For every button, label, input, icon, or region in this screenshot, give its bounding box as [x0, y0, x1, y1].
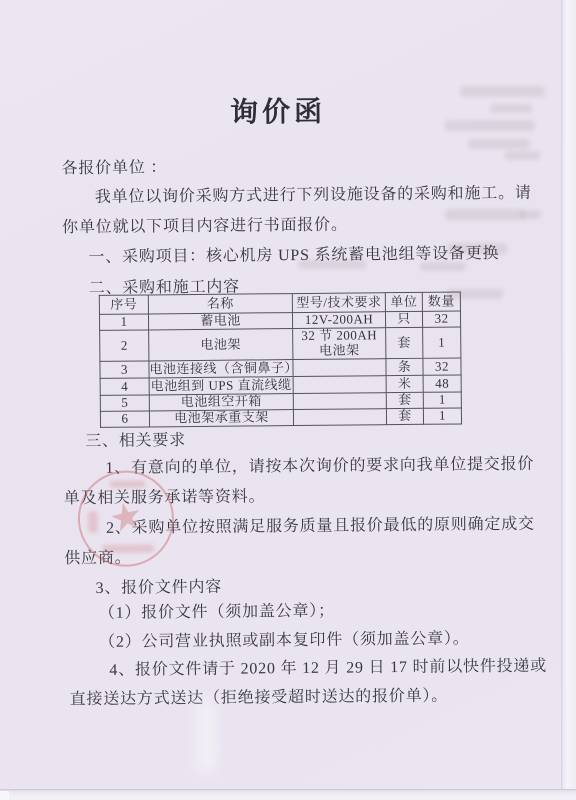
text-line-13: 4、报价文件请于 2020 年 12 月 29 日 17 时前以快件投递或 — [109, 657, 547, 680]
paper: 询价函 各报价单位 ：我单位以询价采购方式进行下列设施设备的采购和施工。请你单位… — [0, 0, 562, 790]
table-cell: 4 — [100, 378, 149, 395]
stamp-smudge — [102, 544, 154, 552]
star-icon: ★ — [105, 492, 148, 542]
table-header-cell: 型号/技术要求 — [292, 293, 385, 313]
table-cell — [293, 409, 386, 426]
paper-crease — [198, 700, 214, 772]
table-cell: 32 — [423, 358, 461, 375]
text-line-0: 各报价单位 ： — [61, 158, 167, 178]
table-cell: 32 — [422, 311, 460, 327]
table-cell: 电池架承重支架 — [149, 410, 293, 427]
stamp-smudge — [88, 511, 98, 533]
table-header-cell: 单位 — [385, 292, 422, 311]
items-table: 序号名称型号/技术要求单位数量 1蓄电池12V-200AH只322电池架32 节… — [99, 291, 462, 427]
official-stamp: ★ — [77, 470, 174, 567]
scanned-page: 询价函 各报价单位 ：我单位以询价采购方式进行下列设施设备的采购和施工。请你单位… — [0, 0, 576, 800]
table-cell: 电池组空开箱 — [149, 394, 293, 411]
table-cell: 2 — [100, 330, 149, 361]
table-row: 6电池架承重支架套1 — [100, 408, 461, 427]
table-header-cell: 名称 — [148, 294, 292, 314]
table-row: 2电池架32 节 200AH 电池架套1 — [100, 327, 461, 361]
table-cell: 套 — [386, 327, 423, 358]
text-line-6: 1、有意向的单位，请按本次询价的要求向我单位提交报价 — [105, 455, 534, 478]
text-line-10: 3、报价文件内容 — [96, 578, 223, 598]
table-cell: 蓄电池 — [148, 313, 292, 330]
table-cell: 1 — [423, 392, 461, 408]
table-cell: 1 — [423, 408, 461, 424]
table-cell: 套 — [386, 408, 423, 424]
table-cell: 5 — [100, 395, 149, 411]
table-header-cell: 数量 — [422, 292, 460, 311]
table-cell: 电池组到 UPS 直流线缆 — [149, 377, 293, 395]
table-cell: 电池连接线（含铜鼻子） — [149, 360, 293, 378]
table-cell: 1 — [99, 314, 148, 330]
table-cell — [293, 376, 386, 394]
table-cell — [293, 393, 386, 410]
table-cell: 米 — [386, 375, 423, 392]
table-cell — [293, 359, 386, 377]
scan-edge-right — [561, 0, 576, 800]
body-text: 各报价单位 ：我单位以询价采购方式进行下列设施设备的采购和施工。请你单位就以下项… — [0, 0, 558, 3]
text-line-1: 我单位以询价采购方式进行下列设施设备的采购和施工。请 — [95, 184, 532, 207]
table-cell: 1 — [423, 327, 461, 358]
text-line-11: （1）报价文件（须加盖公章）； — [99, 602, 335, 623]
table-header-cell: 序号 — [99, 295, 148, 314]
text-line-2: 你单位就以下项目内容进行书面报价。 — [62, 216, 348, 238]
document-content: 询价函 各报价单位 ：我单位以询价采购方式进行下列设施设备的采购和施工。请你单位… — [0, 0, 566, 793]
table-cell: 条 — [386, 358, 423, 375]
text-line-14: 直接送达方式送达（拒绝接受超时送达的报价单）。 — [70, 687, 449, 710]
table-cell: 12V-200AH — [292, 312, 385, 329]
text-line-5: 三、相关要求 — [85, 431, 186, 451]
table-cell: 32 节 200AH 电池架 — [293, 328, 386, 360]
document-title: 询价函 — [0, 88, 559, 133]
table-cell: 6 — [100, 411, 149, 427]
scan-corner-notch — [0, 791, 9, 800]
table-cell: 3 — [100, 361, 149, 378]
table-cell: 电池架 — [149, 329, 293, 361]
stamp-smudge — [110, 480, 146, 487]
text-line-3: 一、采购项目：核心机房 UPS 系统蓄电池组等设备更换 — [88, 244, 499, 267]
table-cell: 只 — [385, 311, 422, 327]
table-cell: 48 — [423, 375, 461, 392]
text-line-12: （2）公司营业执照或副本复印件（须加盖公章）。 — [99, 629, 470, 652]
table-cell: 套 — [386, 392, 423, 408]
scan-edge-bottom — [0, 789, 576, 800]
